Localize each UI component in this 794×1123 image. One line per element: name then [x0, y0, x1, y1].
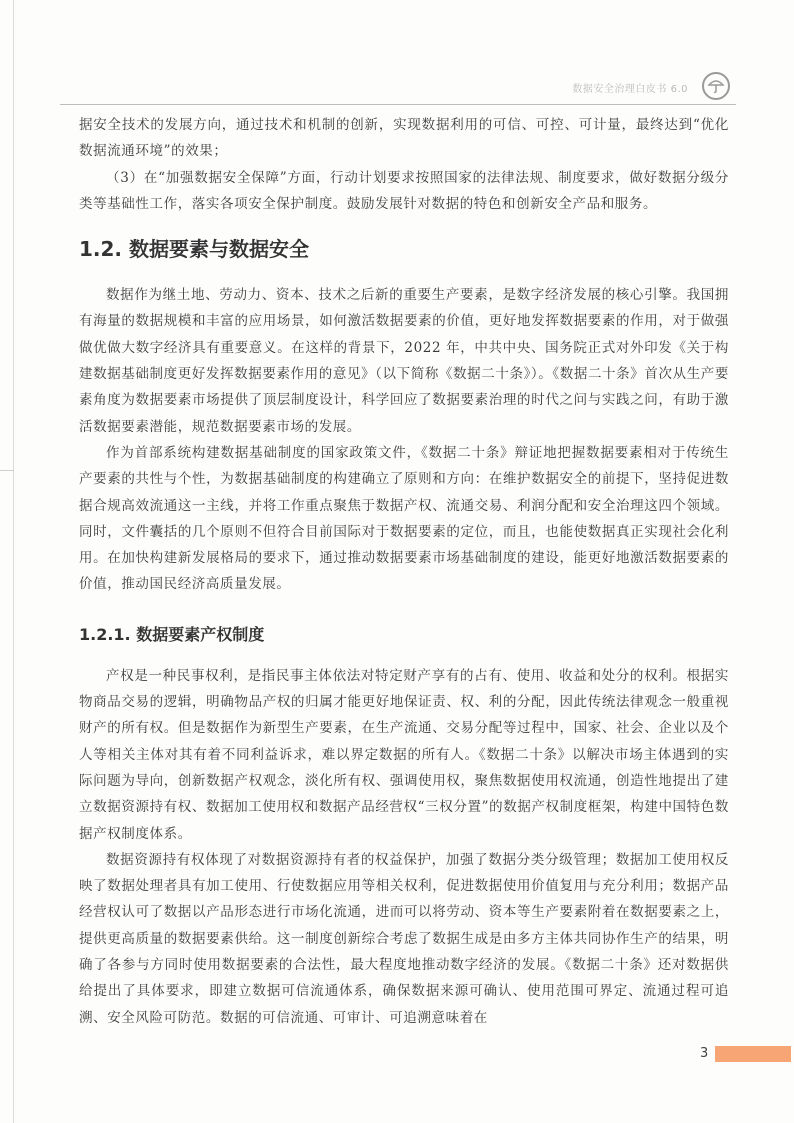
section-1-2-paragraph: 作为首部系统构建数据基础制度的国家政策文件，《数据二十条》辩证地把握数据要素相对…: [79, 440, 729, 598]
section-1-2-1-paragraph: 产权是一种民事权利，是指民事主体依法对特定财产享有的占有、使用、收益和处分的权利…: [79, 663, 729, 847]
page-number: 3: [700, 1046, 708, 1061]
paragraph-continued: 据安全技术的发展方向，通过技术和机制的创新，实现数据利用的可信、可控、可计量，最…: [79, 112, 729, 165]
paragraph-item-3: （3）在“加强数据安全保障”方面，行动计划要求按照国家的法律法规、制度要求，做好…: [79, 165, 729, 218]
page-accent-bar: [715, 1046, 791, 1062]
header-divider: [60, 104, 736, 105]
section-heading-1-2: 1.2. 数据要素与数据安全: [79, 233, 729, 262]
umbrella-circle-icon: [702, 72, 730, 100]
header-title: 数据安全治理白皮书 6.0: [572, 80, 688, 95]
page-body: 据安全技术的发展方向，通过技术和机制的创新，实现数据利用的可信、可控、可计量，最…: [79, 112, 729, 1031]
section-1-2-1-paragraph: 数据资源持有权体现了对数据资源持有者的权益保护，加强了数据分类分级管理；数据加工…: [79, 847, 729, 1031]
binding-margin-line: [13, 0, 14, 1123]
margin-tick-mark: [0, 470, 14, 471]
section-heading-1-2-1: 1.2.1. 数据要素产权制度: [79, 622, 729, 645]
section-1-2-paragraph: 数据作为继土地、劳动力、资本、技术之后新的重要生产要素，是数字经济发展的核心引擎…: [79, 282, 729, 440]
running-header: 数据安全治理白皮书 6.0: [60, 68, 736, 108]
